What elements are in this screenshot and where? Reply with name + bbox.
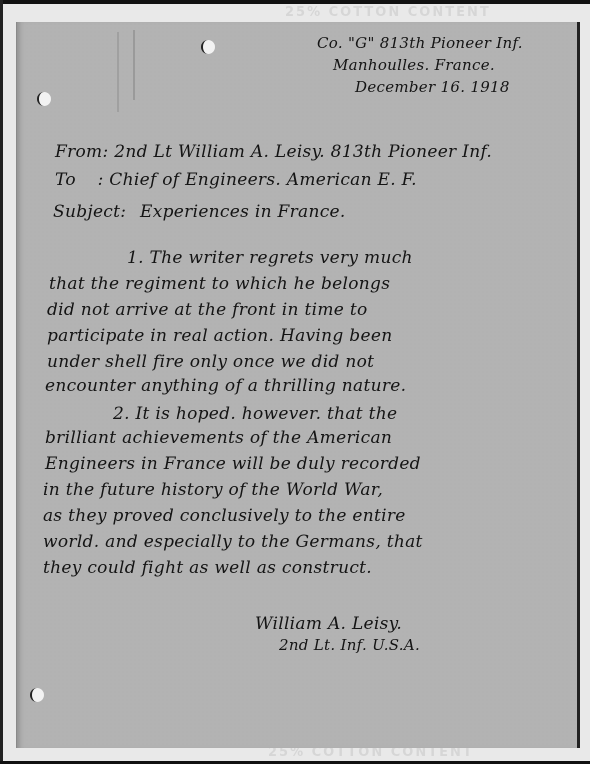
memo-to-value: : Chief of Engineers. American E. F. (98, 170, 417, 190)
paragraph1-line: participate in real action. Having been (47, 326, 392, 346)
punch-hole-left-upper (37, 92, 51, 106)
paragraph1-line: encounter anything of a thrilling nature… (45, 376, 406, 396)
paragraph1-line: 1. The writer regrets very much (127, 248, 413, 268)
memo-subject-value: Experiences in France. (140, 202, 346, 222)
memo-subject: Subject: Experiences in France. (53, 202, 346, 222)
memo-to: To : Chief of Engineers. American E. F. (55, 170, 417, 190)
paragraph1-line: under shell fire only once we did not (47, 352, 374, 372)
paragraph2-line: 2. It is hoped. however. that the (113, 404, 397, 424)
paragraph1-line: did not arrive at the front in time to (47, 300, 367, 320)
memo-to-label: To (55, 170, 76, 190)
paragraph2-line: Engineers in France will be duly recorde… (45, 454, 421, 474)
paragraph2-line: in the future history of the World War, (43, 480, 383, 500)
header-place: Manhoulles. France. (333, 56, 495, 74)
memo-from: From: 2nd Lt William A. Leisy. 813th Pio… (55, 142, 492, 162)
paragraph2-line: brilliant achievements of the American (45, 428, 392, 448)
paragraph2-line: world. and especially to the Germans, th… (43, 532, 423, 552)
backing-watermark-top: 25% COTTON CONTENT (285, 5, 491, 20)
signature-rank: 2nd Lt. Inf. U.S.A. (279, 636, 420, 654)
letter-sheet: Co. "G" 813th Pioneer Inf. Manhoulles. F… (16, 22, 580, 748)
punch-hole-top (201, 40, 215, 54)
paragraph2-line: they could fight as well as construct. (43, 558, 372, 578)
paragraph1-line: that the regiment to which he belongs (49, 274, 390, 294)
header-date: December 16. 1918 (355, 78, 510, 96)
signature-name: William A. Leisy. (255, 614, 402, 634)
paper-crease (117, 32, 119, 112)
header-unit: Co. "G" 813th Pioneer Inf. (317, 34, 523, 52)
memo-from-label: From: (55, 142, 109, 162)
punch-hole-left-lower (30, 688, 44, 702)
memo-subject-label: Subject: (53, 202, 126, 222)
paper-crease (133, 30, 135, 100)
scan-top-edge (0, 0, 590, 4)
scan-left-edge (0, 0, 3, 764)
memo-from-value: 2nd Lt William A. Leisy. 813th Pioneer I… (114, 142, 492, 162)
paragraph2-line: as they proved conclusively to the entir… (43, 506, 406, 526)
